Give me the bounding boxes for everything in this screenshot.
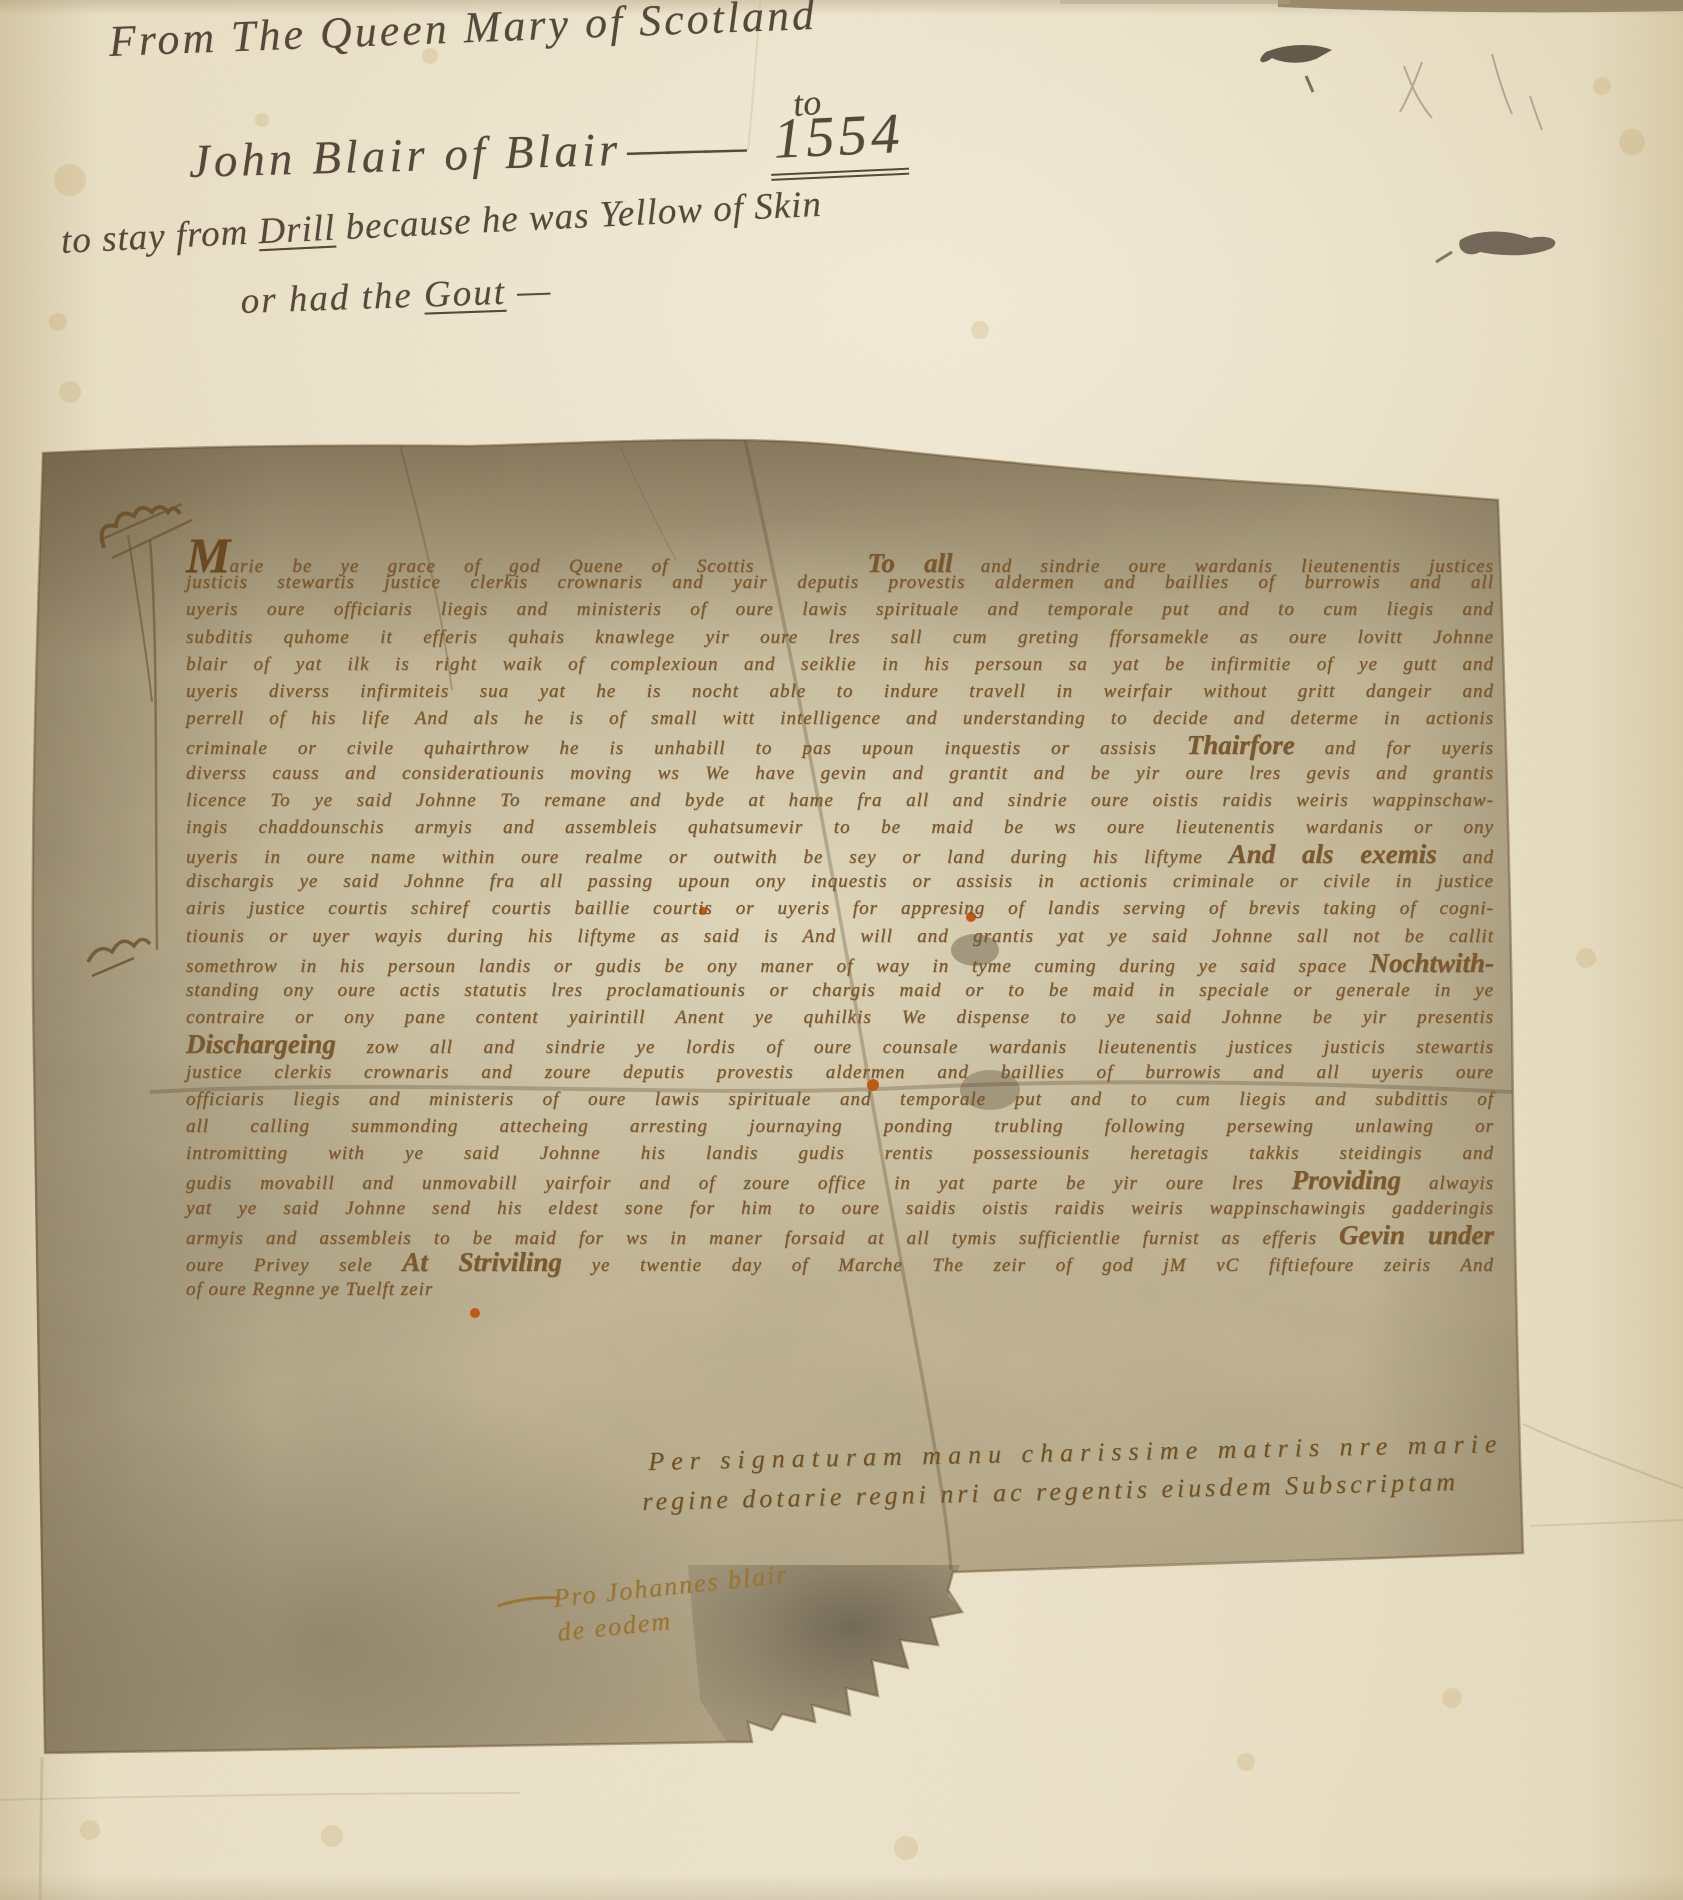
manuscript-line: airis justice courtis schiref courtis ba… [186,895,1494,922]
annotation-gout-underlined: Gout [423,272,506,316]
manuscript-line: perrell of his life And als he is of sma… [186,705,1494,732]
manuscript-line: subditis quhome it efferis quhais knawle… [186,624,1494,651]
annotation-recipient: John Blair of Blair [188,124,622,188]
manuscript-lines: Marie be ye grace of god Quene of Scotti… [186,542,1494,1303]
manuscript-line: justicis stewartis justice clerkis crown… [186,569,1494,596]
manuscript-line: yat ye said Johnne send his eldest sone … [186,1195,1494,1222]
manuscript-line: diverss causs and consideratiounis movin… [186,760,1494,787]
manuscript-line: somethrow in his persoun landis or gudis… [186,950,1494,977]
manuscript-line: criminale or civile quhairthrow he is un… [186,732,1494,759]
manuscript-line: officiaris liegis and ministeris of oure… [186,1086,1494,1113]
manuscript-line: ingis chaddounschis armyis and assemblei… [186,814,1494,841]
binding-edge-faint [1060,0,1290,4]
manuscript-line: gudis movabill and unmovabill yairfoir a… [186,1167,1494,1194]
annotation-gout-post: — [505,270,553,313]
manuscript-line: dischargis ye said Johnne fra all passin… [186,868,1494,895]
manuscript-line: contraire or ony pane content yairintill… [186,1004,1494,1031]
annotation-year: 1554 [768,101,909,181]
manuscript-line: all calling summonding attecheing arrest… [186,1113,1494,1140]
manuscript-line: standing ony oure actis statutis lres pr… [186,977,1494,1004]
manuscript-line: justice clerkis crownaris and zoure depu… [186,1059,1494,1086]
manuscript-line: uyeris oure officiaris liegis and minist… [186,596,1494,623]
manuscript-text-block: Marie be ye grace of god Quene of Scotti… [186,542,1494,1303]
manuscript-photo: From The Queen Mary of Scotland to John … [0,0,1683,1900]
manuscript-line: uyeris in oure name within oure realme o… [186,841,1494,868]
manuscript-line: uyeris diverss infirmiteis sua yat he is… [186,678,1494,705]
manuscript-line: intromitting with ye said Johnne his lan… [186,1140,1494,1167]
annotation-gout-pre: or had the [240,275,425,322]
annotation-dash: ——— [627,121,745,176]
manuscript-line: armyis and assembleis to be maid for ws … [186,1222,1494,1249]
manuscript-line: of oure Regnne ye Tuelft zeir [186,1276,1494,1303]
annotation-reason-pre: to stay from [60,211,259,262]
manuscript-line: Marie be ye grace of god Quene of Scotti… [186,542,1494,569]
manuscript-line: oure Privey sele At Striviling ye twenti… [186,1249,1494,1276]
manuscript-line: blair of yat ilk is right waik of comple… [186,651,1494,678]
manuscript-line: tiounis or uyer wayis during his liftyme… [186,923,1494,950]
annotation-reason-underlined: Drill [257,208,336,253]
manuscript-line: licence To ye said Johnne To remane and … [186,787,1494,814]
manuscript-line: Dischargeing zow all and sindrie ye lord… [186,1031,1494,1058]
